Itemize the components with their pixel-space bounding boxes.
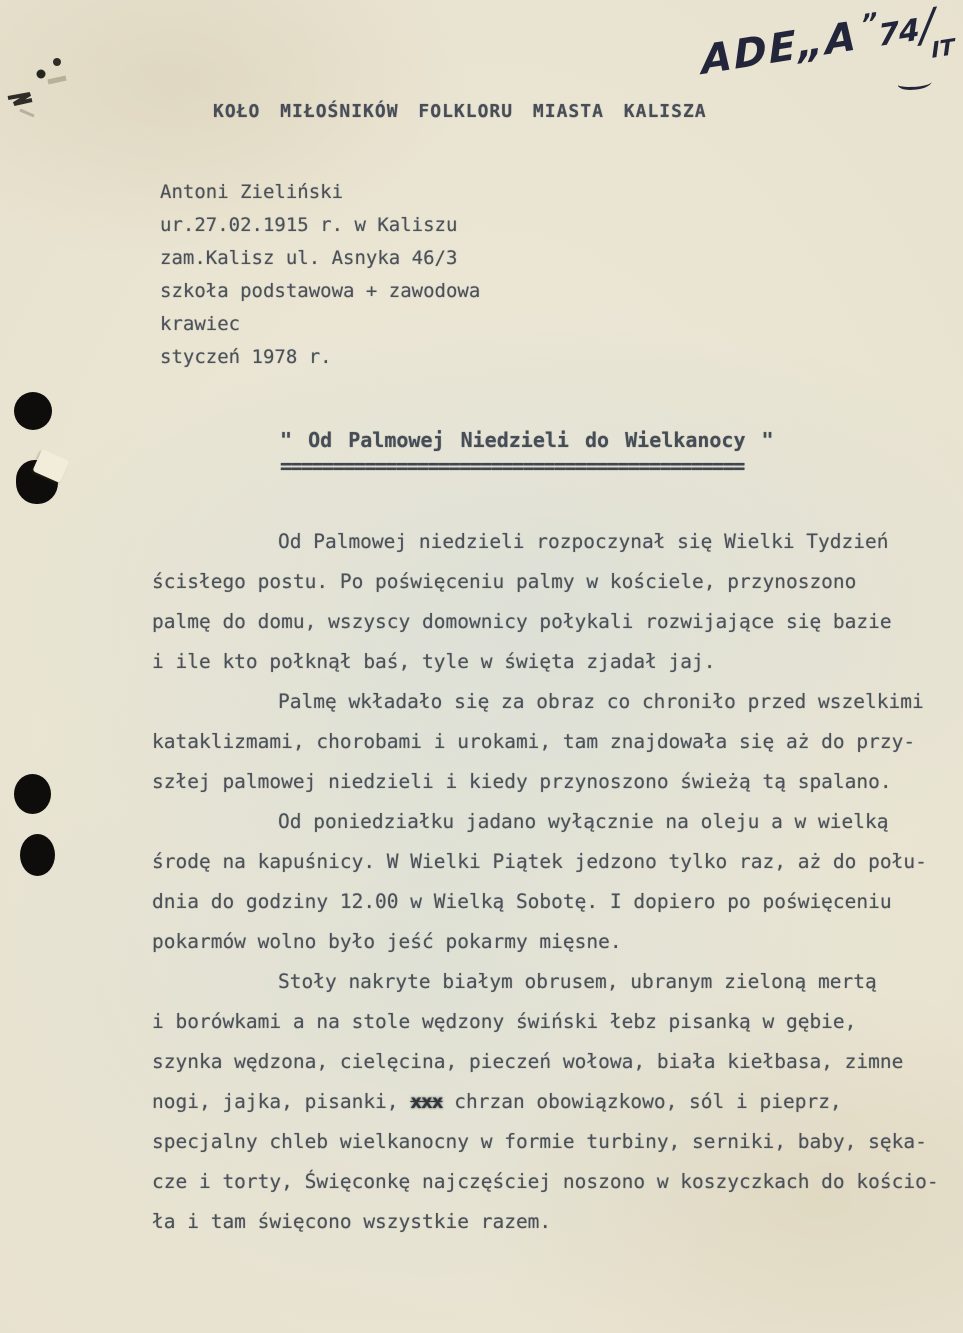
punch-hole xyxy=(14,392,52,430)
body-line: Palmę wkładało się za obraz co chroniło … xyxy=(152,682,952,722)
body-line: Od poniedziałku jadano wyłącznie na olej… xyxy=(152,802,952,842)
body-line: szynka wędzona, cielęcina, pieczeń wołow… xyxy=(152,1042,952,1082)
ink-scribble xyxy=(0,20,110,130)
body-line: kataklizmami, chorobami i urokami, tam z… xyxy=(152,722,952,762)
body-line: pokarmów wolno było jeść pokarmy mięsne. xyxy=(152,922,952,962)
author-profession: krawiec xyxy=(160,308,480,341)
struck-out-word: xxx xyxy=(410,1090,442,1113)
body-line: ścisłego postu. Po poświęceniu palmy w k… xyxy=(152,562,952,602)
body-line: i ile kto połknął baś, tyle w święta zja… xyxy=(152,642,952,682)
author-birth: ur.27.02.1915 r. w Kaliszu xyxy=(160,209,480,242)
body-line: środę na kapuśnicy. W Wielki Piątek jedz… xyxy=(152,842,952,882)
body-line: dnia do godziny 12.00 w Wielką Sobotę. I… xyxy=(152,882,952,922)
body-line: Od Palmowej niedzieli rozpoczynał się Wi… xyxy=(152,522,952,562)
punch-hole xyxy=(20,834,55,876)
body-line: ła i tam święcono wszystkie razem. xyxy=(152,1202,952,1242)
author-name: Antoni Zieliński xyxy=(160,176,480,209)
document-title-block: " Od Palmowej Niedzieli do Wielkanocy " … xyxy=(280,428,800,472)
body-line: Stoły nakryte białym obrusem, ubranym zi… xyxy=(152,962,952,1002)
body-line: i borówkami a na stole wędzony świński ł… xyxy=(152,1002,952,1042)
punch-hole-torn xyxy=(16,460,58,504)
document-body: Od Palmowej niedzieli rozpoczynał się Wi… xyxy=(152,522,952,1242)
document-title: " Od Palmowej Niedzieli do Wielkanocy " xyxy=(280,428,800,452)
annotation-fraction-bottom: IT xyxy=(931,35,955,64)
document-header: KOŁO MIŁOŚNIKÓW FOLKLORU MIASTA KALISZA xyxy=(213,101,707,122)
document-date: styczeń 1978 r. xyxy=(160,341,480,374)
author-block: Antoni Zieliński ur.27.02.1915 r. w Kali… xyxy=(160,176,480,374)
body-line: szłej palmowej niedzieli i kiedy przynos… xyxy=(152,762,952,802)
punch-hole xyxy=(14,774,51,814)
line-segment: nogi, jajka, pisanki, xyxy=(152,1090,410,1113)
annotation-ditto-mark: ” xyxy=(860,8,878,41)
body-line: cze i torty, Święconkę najczęściej noszo… xyxy=(152,1162,952,1202)
author-education: szkoła podstawowa + zawodowa xyxy=(160,275,480,308)
annotation-fraction: 74/IT xyxy=(877,0,958,63)
line-segment: chrzan obowiązkowo, sól i pieprz, xyxy=(443,1090,842,1113)
annotation-fraction-top: 74 xyxy=(877,12,920,54)
body-line: palmę do domu, wszyscy domownicy połykal… xyxy=(152,602,952,642)
body-line: specjalny chleb wielkanocny w formie tur… xyxy=(152,1122,952,1162)
body-line-with-strikeout: nogi, jajka, pisanki, xxx chrzan obowiąz… xyxy=(152,1082,952,1122)
title-underline: ========================================… xyxy=(280,454,792,472)
author-address: zam.Kalisz ul. Asnyka 46/3 xyxy=(160,242,480,275)
scanned-document-page: { "annotation": { "main": "ADE„A", "ditt… xyxy=(0,0,963,1333)
